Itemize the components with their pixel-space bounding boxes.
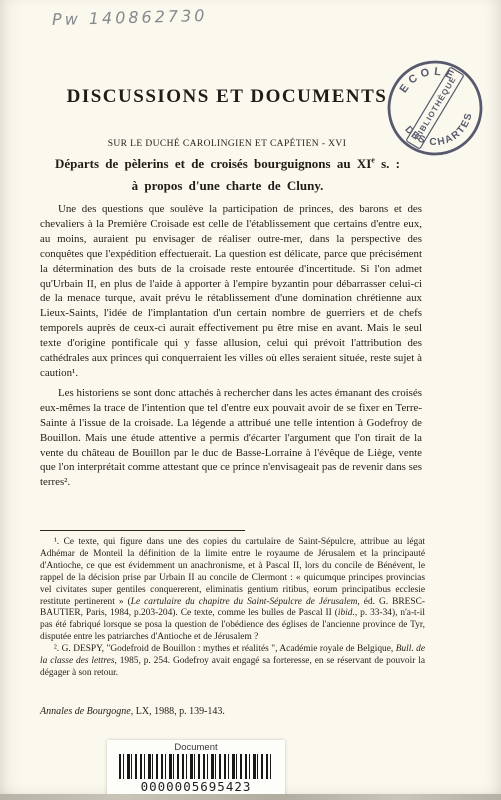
paragraph-2: Les historiens se sont donc attachés à r… [40, 386, 422, 490]
series-subtitle: SUR LE DUCHÉ CAROLINGIEN ET CAPÉTIEN - X… [28, 139, 426, 149]
footnote-separator [40, 530, 245, 531]
page-bottom-edge [0, 794, 501, 800]
svg-text:BIBLIOTHÈQUE: BIBLIOTHÈQUE [413, 75, 458, 142]
journal-citation: Annales de Bourgogne, LX, 1988, p. 139-1… [40, 706, 225, 717]
footnotes-block: ¹. Ce texte, qui figure dans une des cop… [40, 537, 425, 680]
footnote-2: ². G. DESPY, "Godefroid de Bouillon : my… [40, 644, 425, 680]
section-title: DISCUSSIONS ET DOCUMENTS [28, 86, 426, 108]
article-title-line1-pre: Départs de pèlerins et de croisés bourgu… [55, 156, 371, 171]
article-title-line1-post: s. : [375, 156, 400, 171]
barcode-number: 0000005695423 [107, 779, 285, 794]
article-title: Départs de pèlerins et de croisés bourgu… [25, 153, 430, 197]
footnote-1: ¹. Ce texte, qui figure dans une des cop… [40, 537, 425, 644]
article-title-line2: à propos d'une charte de Cluny. [132, 178, 324, 193]
article-body: Une des questions que soulève la partici… [40, 202, 422, 495]
handwritten-accession-number: Pw 140862730 [52, 6, 208, 29]
barcode-bars [119, 754, 273, 779]
barcode-sticker: Document 0000005695423 [107, 740, 285, 796]
scanned-document-page: Pw 140862730 ECOLE DES CHARTES BIBLIOTHÈ… [0, 0, 501, 800]
barcode-label: Document [107, 740, 285, 753]
paragraph-1: Une des questions que soulève la partici… [40, 202, 422, 381]
